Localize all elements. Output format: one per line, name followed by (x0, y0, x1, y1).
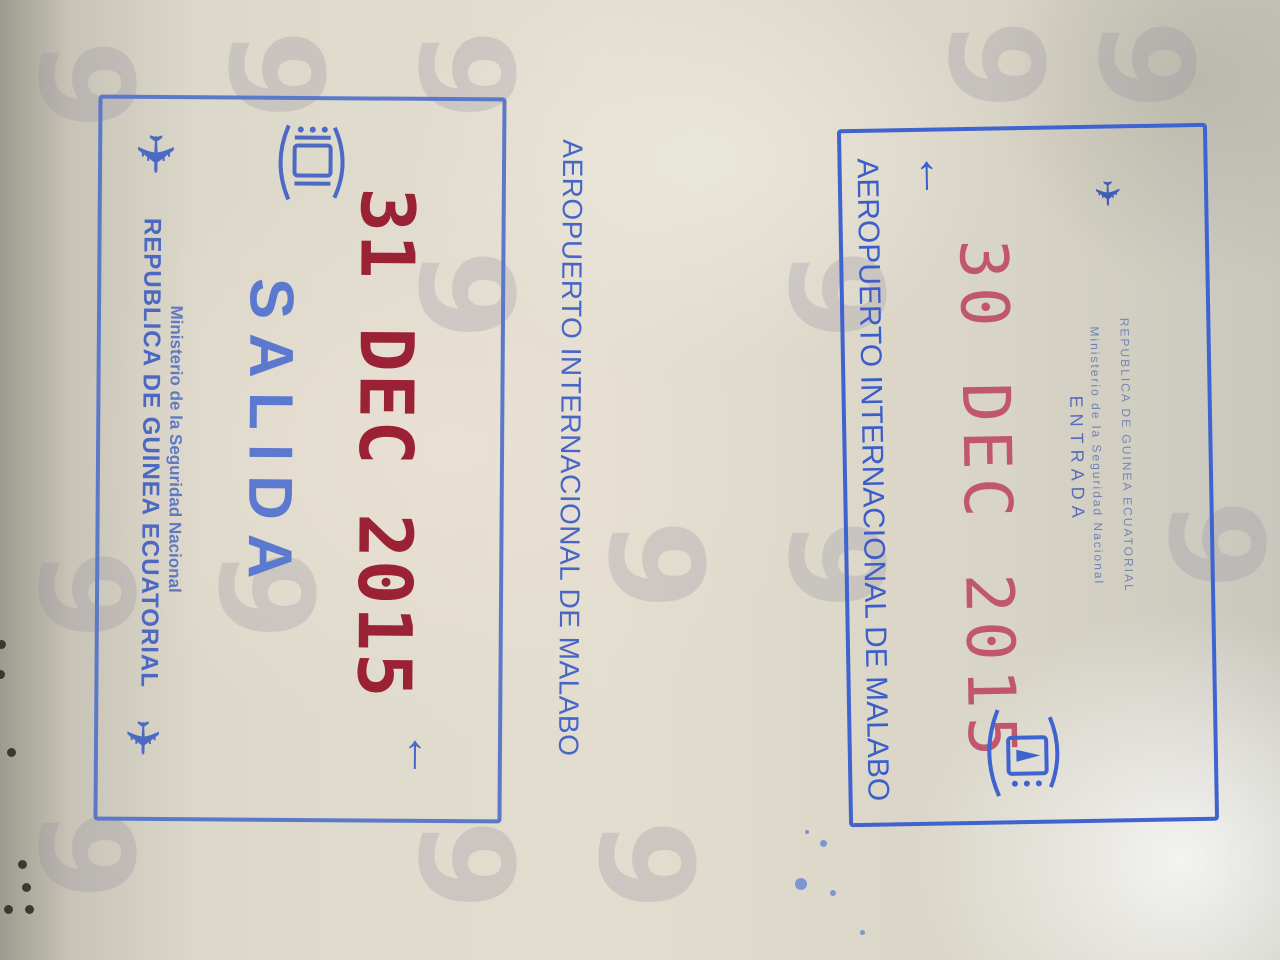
passport-page: 9 9 9 9 9 9 9 9 9 9 9 9 9 9 9 ✈ ✈ REPUBL… (0, 0, 1280, 960)
entry-stamp: AEROPUERTO INTERNACIONAL DE MALABO ← 30 … (837, 123, 1219, 827)
direction-arrow-icon: ← (909, 151, 958, 200)
watermark-nine: 9 (590, 520, 720, 610)
stamp-ministry-text: Ministerio de la Seguridad Nacional (163, 199, 186, 699)
stamp-type-label: SALIDA (233, 185, 307, 685)
stamp-country-header: REPUBLICA DE GUINEA ECUATORIAL (134, 203, 165, 703)
airplane-icon: ✈ (115, 718, 169, 757)
ink-splatter (795, 878, 807, 890)
watermark-nine: 9 (400, 820, 530, 910)
watermark-nine: 9 (930, 20, 1060, 110)
stamp-date: 31 DEC 2015 (340, 183, 430, 704)
stamp-airport-name: AEROPUERTO INTERNACIONAL DE MALABO (849, 129, 895, 829)
stamp-date: 30 DEC 2015 (944, 239, 1030, 760)
stamp-small-text: REPUBLICA DE GUINEA ECUATORIAL (1115, 205, 1138, 705)
stamp-airport-name: AEROPUERTO INTERNACIONAL DE MALABO (552, 98, 589, 798)
airplane-icon: ✈ (124, 132, 184, 176)
page-perforation (0, 600, 40, 960)
airplane-icon: ✈ (1086, 179, 1126, 208)
watermark-nine: 9 (580, 820, 710, 910)
ink-splatter (860, 930, 865, 935)
ink-splatter (830, 890, 836, 896)
ink-splatter (805, 830, 809, 834)
coat-of-arms-icon (978, 697, 1065, 808)
direction-arrow-icon: ← (398, 731, 446, 779)
coat-of-arms-icon (269, 117, 345, 208)
watermark-nine: 9 (1080, 20, 1210, 110)
exit-stamp: ✈ ✈ REPUBLICA DE GUINEA ECUATORIAL Minis… (93, 95, 506, 824)
ink-splatter (820, 840, 827, 847)
